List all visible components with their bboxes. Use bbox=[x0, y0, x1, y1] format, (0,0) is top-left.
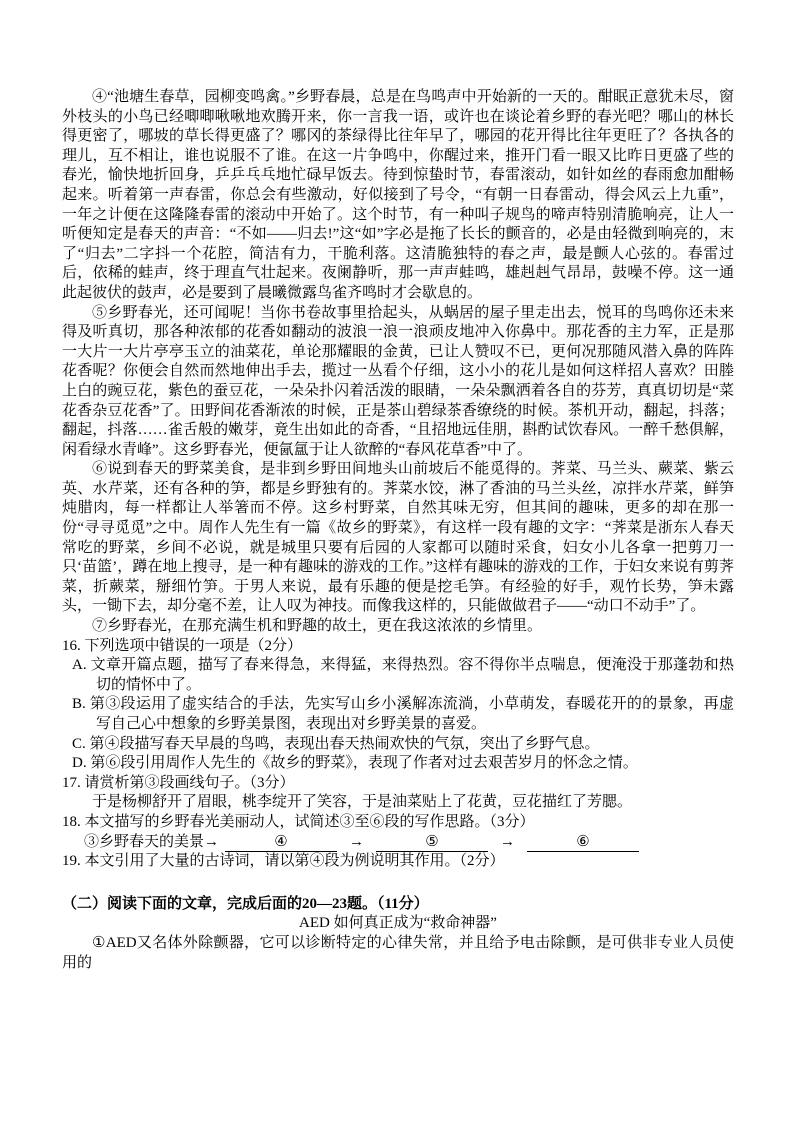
question-16-option-c: C. 第④段描写春天早晨的鸟鸣，表现出春天热闹欢快的气氛，突出了乡野气息。 bbox=[72, 735, 734, 755]
flow-arrow-icon: → bbox=[349, 834, 364, 850]
question-16-option-b: B. 第③段运用了虚实结合的手法，先实写山乡小溪解冻流淌，小草萌发，春暖花开的的… bbox=[72, 695, 734, 734]
passage-paragraph-4: ④“池塘生春草，园柳变鸣禽。”乡野春晨，总是在鸟鸣声中开始新的一天的。酣眠正意犹… bbox=[62, 88, 734, 304]
section-2-header: （二）阅读下面的文章，完成后面的20—23题。（11分） bbox=[62, 895, 734, 915]
question-18-stem: 18. 本文描写的乡野春光美丽动人，试简述③至⑥段的写作思路。（3分） bbox=[62, 813, 734, 833]
passage-paragraph-7: ⑦乡野春光，在那充满生机和野趣的故土，更在我这浓浓的乡情里。 bbox=[62, 617, 734, 637]
question-16-stem: 16. 下列选项中错误的一项是（2分） bbox=[62, 637, 734, 657]
question-19-stem: 19. 本文引用了大量的古诗词，请以第④段为例说明其作用。（2分） bbox=[62, 852, 734, 872]
exam-document-page: ④“池塘生春草，园柳变鸣禽。”乡野春晨，总是在鸟鸣声中开始新的一天的。酣眠正意犹… bbox=[0, 0, 794, 1123]
question-17-quoted-sentence: 于是杨柳舒开了眉眼，桃李绽开了笑容，于是油菜贴上了花黄，豆花描红了芳腮。 bbox=[62, 793, 734, 813]
answer-blank-paragraph-4: ④ bbox=[225, 834, 337, 852]
question-16-option-d: D. 第⑥段引用周作人先生的《故乡的野菜》，表现了作者对过去艰苦岁月的怀念之情。 bbox=[72, 754, 734, 774]
answer-blank-paragraph-6: ⑥ bbox=[527, 834, 639, 852]
article-title: AED 如何真正成为“救命神器” bbox=[62, 914, 734, 934]
article-paragraph-1: ①AED又名体外除颤器，它可以诊断特定的心律失常，并且给予电击除颤，是可供非专业… bbox=[62, 934, 734, 973]
passage-paragraph-6: ⑥说到春天的野菜美食，是非到乡野田间地头山前坡后不能觅得的。荠菜、马兰头、蕨菜、… bbox=[62, 460, 734, 617]
question-17-stem: 17. 请赏析第③段画线句子。（3分） bbox=[62, 774, 734, 794]
flow-prefix-label: ③乡野春天的美景→ bbox=[84, 834, 219, 850]
answer-blank-paragraph-5: ⑤ bbox=[376, 834, 488, 852]
question-16-option-a: A. 文章开篇点题，描写了春来得急，来得猛，来得热烈。容不得你半点喘息，便淹没于… bbox=[72, 656, 734, 695]
passage-paragraph-5: ⑤乡野春光，还可闻呢！当你书卷故事里拾起头，从蜗居的屋子里走出去，悦耳的鸟鸣你还… bbox=[62, 304, 734, 461]
flow-arrow-icon: → bbox=[500, 834, 515, 850]
question-18-flow-diagram: ③乡野春天的美景→④→⑤→⑥ bbox=[84, 833, 734, 853]
